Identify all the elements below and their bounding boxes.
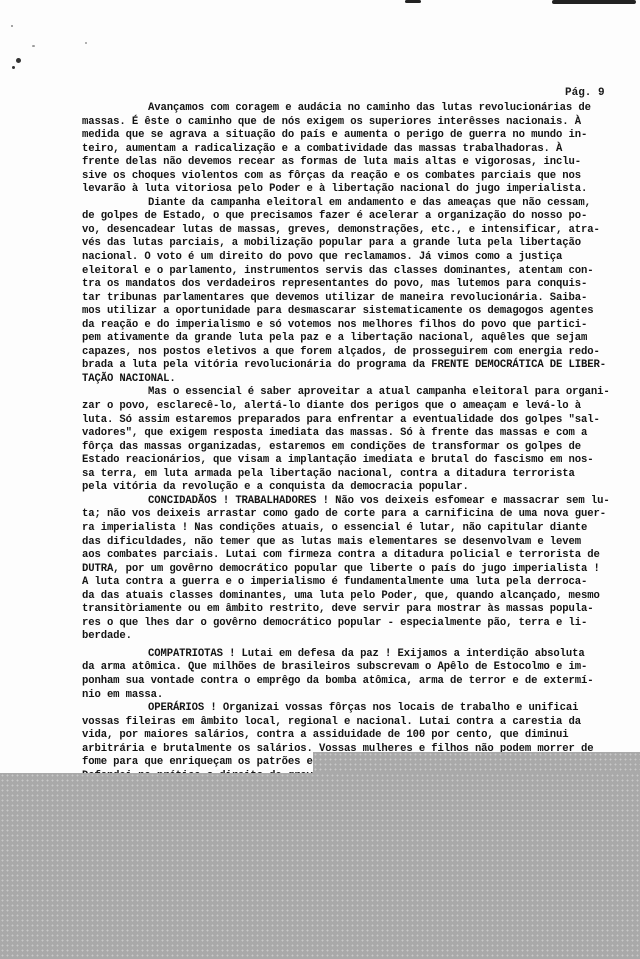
- text-line: Estado reacionários, que visam a implant…: [82, 454, 622, 468]
- text-line: vida, por maiores salários, contra a ass…: [82, 729, 622, 743]
- text-line: nio em massa.: [82, 689, 622, 703]
- margin-speck: [16, 58, 21, 63]
- text-line: aos combates parciais. Lutai com firmeza…: [82, 549, 622, 563]
- text-line: OPERÁRIOS ! Organizai vossas fôrças nos …: [82, 702, 622, 716]
- text-line: res o que lhes dar o govêrno democrático…: [82, 617, 622, 631]
- text-line: medida que se agrava a situação do país …: [82, 129, 622, 143]
- gray-occlusion-area: [0, 773, 640, 959]
- text-line: Diante da campanha eleitoral em andament…: [82, 197, 622, 211]
- text-line: luta. Só assim estaremos preparados para…: [82, 414, 622, 428]
- paragraph: Mas o essencial é saber aproveitar a atu…: [82, 386, 622, 494]
- text-line: eleitoral e o parlamento, instrumentos s…: [82, 265, 622, 279]
- top-edge-smudge-left: [405, 0, 421, 3]
- margin-speck: [85, 42, 87, 44]
- text-line: pem ativamente da grande luta pela paz e…: [82, 332, 622, 346]
- text-line: das dificuldades, não temer que as lutas…: [82, 536, 622, 550]
- text-line: massas. É êste o caminho que de nós exig…: [82, 116, 622, 130]
- scanned-page: Pág. 9 Avançamos com coragem e audácia n…: [0, 0, 640, 959]
- text-line: da das atuais classes dominantes, uma lu…: [82, 590, 622, 604]
- text-line: transitòriamente ou em âmbito restrito, …: [82, 603, 622, 617]
- text-line: vo, desencadear lutas de massas, greves,…: [82, 224, 622, 238]
- text-line: TAÇÃO NACIONAL.: [82, 373, 622, 387]
- text-line: fôrça das massas organizadas, estaremos …: [82, 441, 622, 455]
- text-line: Avançamos com coragem e audácia no camin…: [82, 102, 622, 116]
- text-line: capazes, nos postos eletivos a que forem…: [82, 346, 622, 360]
- text-line: frente delas não devemos recear as forma…: [82, 156, 622, 170]
- text-line: teiro, aumentam a radicalização e a comb…: [82, 143, 622, 157]
- document-body: Avançamos com coragem e audácia no camin…: [82, 102, 622, 797]
- margin-speck: [11, 25, 13, 27]
- text-line: ponham sua vontade contra o emprêgo da b…: [82, 675, 622, 689]
- paragraph: Diante da campanha eleitoral em andament…: [82, 197, 622, 387]
- text-line: de golpes de Estado, o que precisamos fa…: [82, 210, 622, 224]
- text-line: ta; não vos deixeis arrastar como gado d…: [82, 508, 622, 522]
- text-line: DUTRA, por um govêrno democrático popula…: [82, 563, 622, 577]
- text-line: levarão à luta vitoriosa pelo Poder e à …: [82, 183, 622, 197]
- margin-speck: [12, 66, 15, 69]
- text-line: nacional. O voto é um direito do povo qu…: [82, 251, 622, 265]
- text-line: ra imperialista ! Nas condições atuais, …: [82, 522, 622, 536]
- text-line: zar o povo, esclarecê-lo, alertá-lo dian…: [82, 400, 622, 414]
- paragraph: COMPATRIOTAS ! Lutai em defesa da paz ! …: [82, 648, 622, 702]
- text-line: da reação e do imperialismo e só votemos…: [82, 319, 622, 333]
- text-line: tra os mandatos dos verdadeiros represen…: [82, 278, 622, 292]
- text-line: COMPATRIOTAS ! Lutai em defesa da paz ! …: [82, 648, 622, 662]
- paragraph: Avançamos com coragem e audácia no camin…: [82, 102, 622, 197]
- page-number: Pág. 9: [565, 87, 605, 99]
- text-line: CONCIDADÃOS ! TRABALHADORES ! Não vos de…: [82, 495, 622, 509]
- text-line: vés das lutas parciais, a mobilização po…: [82, 237, 622, 251]
- text-line: Mas o essencial é saber aproveitar a atu…: [82, 386, 622, 400]
- paragraph: CONCIDADÃOS ! TRABALHADORES ! Não vos de…: [82, 495, 622, 644]
- text-line: vadores", que exigem resposta imediata d…: [82, 427, 622, 441]
- gray-occlusion-area: [313, 752, 640, 774]
- top-edge-smudge-right: [552, 0, 636, 4]
- text-line: pela vitória da revolução e a conquista …: [82, 481, 622, 495]
- text-line: tar tribunas parlamentares que devemos u…: [82, 292, 622, 306]
- text-line: sive os choques violentos com as fôrças …: [82, 170, 622, 184]
- text-line: berdade.: [82, 630, 622, 644]
- text-line: da arma atômica. Que milhões de brasilei…: [82, 661, 622, 675]
- text-line: A luta contra a guerra e o imperialismo …: [82, 576, 622, 590]
- text-line: mos utilizar a oportunidade para desmasc…: [82, 305, 622, 319]
- margin-speck: [32, 45, 35, 47]
- text-line: vossas fileiras em âmbito local, regiona…: [82, 716, 622, 730]
- text-line: sa terra, em luta armada pela libertação…: [82, 468, 622, 482]
- text-line: brada a luta pela vitória revolucionária…: [82, 359, 622, 373]
